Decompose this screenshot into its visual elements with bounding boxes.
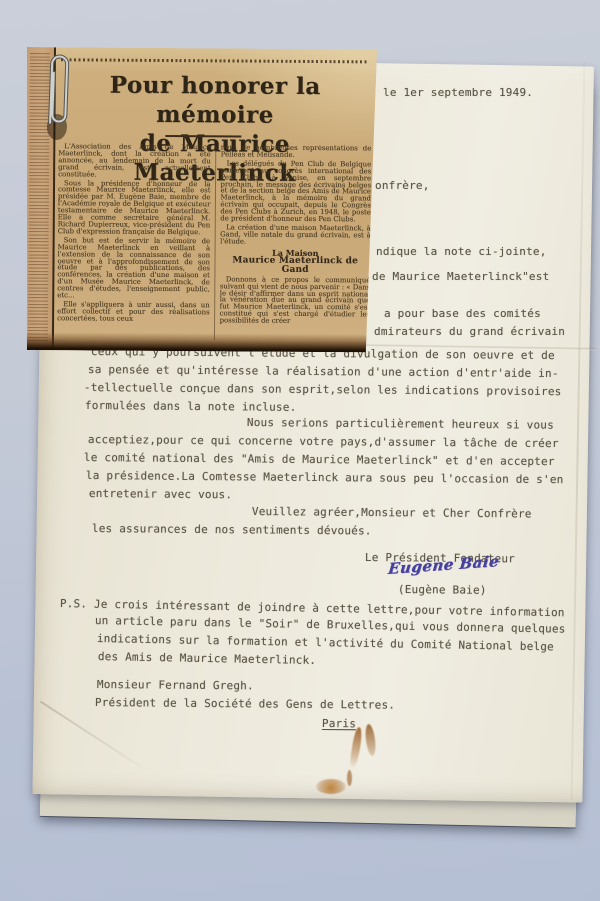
body-fragment: ndique la note ci-jointe, bbox=[376, 245, 547, 258]
body-line: entretenir avec vous. bbox=[89, 487, 232, 501]
clipping-paragraph: Sous la présidence d'honneur de la comte… bbox=[58, 180, 211, 236]
salutation-fragment: onfrère, bbox=[375, 179, 430, 192]
headline-line-1: Pour honorer la mémoire bbox=[56, 70, 373, 130]
signature-name-line: (Eugène Baie) bbox=[398, 583, 487, 597]
clipping-paragraph: Elle s'appliquera à unir aussi, dans un … bbox=[57, 301, 210, 323]
clipping-burned-edge bbox=[25, 332, 375, 352]
subheading-line-2: Maurice Maeterlinck de Gand bbox=[220, 256, 371, 275]
clipping-paragraph: La création d'une maison Maeterlinck, à … bbox=[220, 224, 371, 246]
clipping-content: Pour honorer la mémoire de Maurice Maete… bbox=[55, 47, 374, 352]
clipping-paragraph: Les délégués du Pen Club de Belgique por… bbox=[220, 160, 371, 223]
body-fragment: dmirateurs du grand écrivain bbox=[374, 325, 565, 338]
body-line: -tellectuelle conçue dans son esprit,sel… bbox=[84, 381, 562, 398]
ps-line: des Amis de Maurice Maeterlinck. bbox=[98, 650, 317, 667]
body-fragment: de Maurice Maeterlinck"est bbox=[372, 270, 549, 283]
body-line: acceptiez,pour ce qui concerne votre pay… bbox=[88, 433, 559, 450]
city-line: Paris bbox=[322, 717, 356, 730]
body-fragment: a pour base des comités bbox=[384, 307, 541, 320]
date-line: le 1er septembre 1949. bbox=[383, 86, 533, 99]
body-line: Nous serions particulièrement heureux si… bbox=[247, 416, 554, 432]
clipping-paragraph: Donnons à ce propos le communiqué suivan… bbox=[220, 276, 371, 325]
paper-clip bbox=[38, 50, 77, 143]
clipping-paragraph: L'Association des Amis de Maurice Maeter… bbox=[58, 143, 211, 179]
body-line: Veuillez agréer,Monsieur et Cher Confrèr… bbox=[252, 505, 532, 520]
body-line: la présidence.La Comtesse Maeterlinck au… bbox=[86, 469, 564, 486]
body-line: les assurances de nos sentiments dévoués… bbox=[92, 522, 372, 537]
clipping-top-dotted-rule bbox=[61, 58, 368, 63]
photo-background: le 1er septembre 1949. onfrère, ndique l… bbox=[0, 0, 600, 901]
clipping-column-2: nera de nombreuses représentations de Pe… bbox=[213, 144, 371, 341]
clipping-column-1: L'Association des Amis de Maurice Maeter… bbox=[57, 143, 215, 340]
body-line: le comité national des "Amis de Maurice … bbox=[84, 451, 555, 468]
recipient-title-line: Président de la Société des Gens de Lett… bbox=[95, 696, 395, 712]
recipient-line: Monsieur Fernand Gregh. bbox=[97, 678, 254, 692]
clipping-paragraph: Son but est de servir la mémoire de Maur… bbox=[57, 237, 210, 300]
clipping-paragraph: nera de nombreuses représentations de Pe… bbox=[221, 144, 372, 159]
clipping-subheading: La Maison Maurice Maeterlinck de Gand bbox=[220, 248, 371, 275]
body-line: formulées dans la note incluse. bbox=[85, 399, 297, 414]
newspaper-clipping: Pour honorer la mémoire de Maurice Maete… bbox=[25, 47, 377, 352]
body-line: sa pensée et qu'intéresse la réalisation… bbox=[88, 363, 559, 380]
clipping-columns: L'Association des Amis de Maurice Maeter… bbox=[57, 143, 371, 341]
ps-line: indications sur la formation et l'activi… bbox=[97, 632, 554, 653]
